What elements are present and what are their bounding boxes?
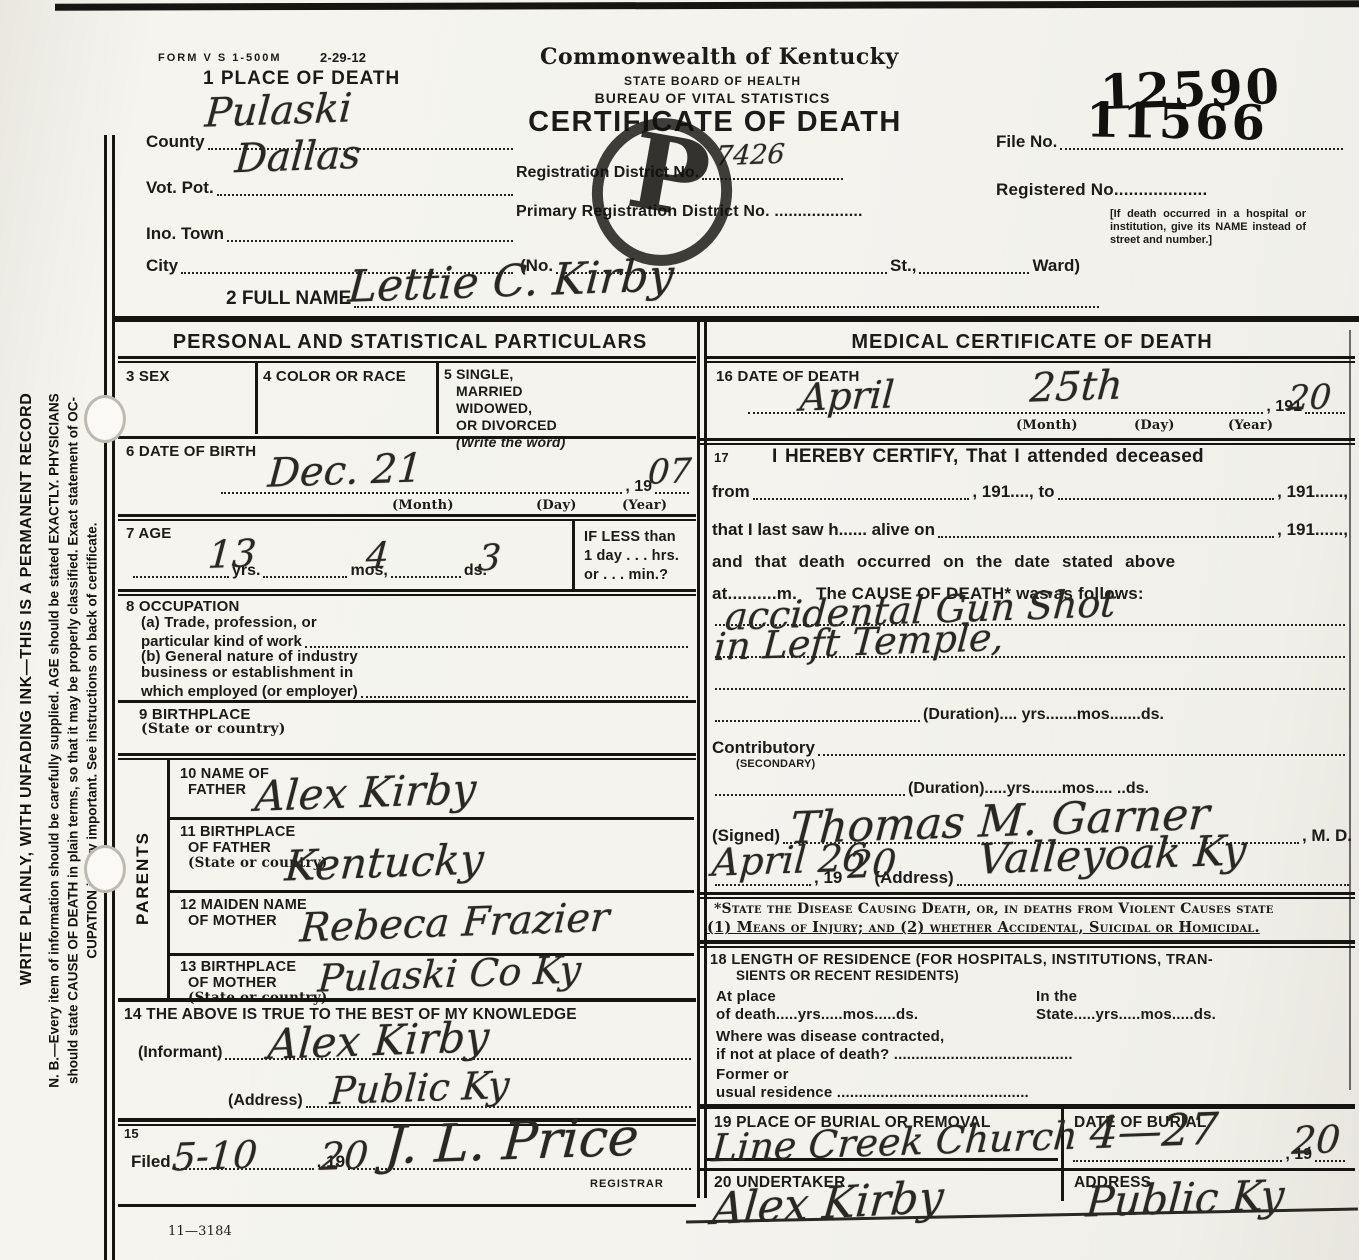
voting-precinct-field[interactable] <box>217 191 513 196</box>
age-label: 7 AGE <box>126 525 171 542</box>
in-the-label: In the <box>1036 988 1077 1005</box>
father-bp-value: Kentucky <box>283 834 485 890</box>
father-bp-label1: 11 BIRTHPLACE <box>180 824 295 840</box>
left-column-bottom-rule <box>118 1204 696 1207</box>
parents-bottom-rule <box>118 998 696 1002</box>
p-stamp-letter: P <box>620 108 718 243</box>
marital-line: MARRIED <box>444 383 566 400</box>
file-no-label: File No. <box>996 132 1057 152</box>
occupation-b1: (b) General nature of industry <box>141 648 358 665</box>
signed-bottom-rule-a <box>700 892 1355 895</box>
attended-from-field[interactable] <box>753 495 970 500</box>
md-label: , M. D. <box>1302 826 1352 846</box>
color-marital-divider <box>436 362 439 434</box>
death-certificate-scan: WRITE PLAINLY, WITH UNFADING INK—THIS IS… <box>0 0 1359 1260</box>
contributory-field[interactable] <box>818 751 1345 756</box>
mother-bp-label2: OF MOTHER <box>188 975 277 991</box>
birthplace-sublabel: (State or country) <box>141 721 286 737</box>
personal-title-rule-a <box>118 356 696 359</box>
at-place-label: At place <box>716 988 776 1005</box>
left-border-outer <box>104 135 107 1260</box>
hole-punch-bottom <box>84 845 126 893</box>
birthplace-bottom-rule-b <box>118 758 696 760</box>
dob-day-sublabel: (Day) <box>536 498 577 513</box>
sex-label: 3 SEX <box>126 368 170 385</box>
ifless-line: IF LESS than <box>584 528 679 547</box>
footnote-bottom-rule-b <box>700 946 1355 948</box>
commonwealth-title: Commonwealth of Kentucky <box>540 44 885 70</box>
former-residence-line2: usual residence ........................… <box>716 1084 1029 1101</box>
mother-bp-value: Pulaski Co Ky <box>317 947 583 1000</box>
dob-month-sublabel: (Month) <box>392 498 454 513</box>
county-label: County <box>146 132 205 152</box>
violent-cause-footnote2: (1) Means of Injury; and (2) whether Acc… <box>707 919 1260 936</box>
contracted-line1: Where was disease contracted, <box>716 1028 944 1045</box>
occupation-b2: business or establishment in <box>141 664 353 681</box>
ifless-block: IF LESS than 1 day . . . hrs. or . . . m… <box>584 528 679 585</box>
county-value: Pulaski <box>203 85 353 136</box>
dod-day-sublabel: (Day) <box>1134 418 1175 433</box>
dob-label: 6 DATE OF BIRTH <box>126 443 256 460</box>
residence-label-line1: 18 LENGTH OF RESIDENCE (FOR HOSPITALS, I… <box>710 952 1213 968</box>
residence-label-line2: SIENTS OR RECENT RESIDENTS) <box>736 968 959 983</box>
dob-value: Dec. 21 <box>266 445 424 497</box>
secondary-label: (SECONDARY) <box>736 758 815 770</box>
occupation-b3: which employed (or employer) <box>141 683 358 700</box>
last-saw-field[interactable] <box>938 533 1274 538</box>
signed-year-value: 20 <box>846 841 897 887</box>
hospital-note: [If death occurred in a hospital or inst… <box>1110 208 1306 247</box>
filed-year-value: 20 <box>318 1133 369 1179</box>
fullname-label: 2 FULL NAME <box>226 288 351 310</box>
informant-value: Alex Kirby <box>266 1012 490 1069</box>
left-border-inner <box>112 135 115 1260</box>
physician-address-value: Valleyoak Ky <box>976 825 1248 884</box>
ward-field[interactable] <box>919 269 1029 274</box>
of-death-line: of death.....yrs.....mos.....ds. <box>716 1006 918 1023</box>
color-race-label: 4 COLOR OR RACE <box>263 368 406 385</box>
file-no-stamp-bottom: 11566 <box>1086 92 1269 151</box>
personal-title-rule-b <box>118 361 696 363</box>
marital-line: 5 SINGLE, <box>444 366 566 383</box>
mother-name-value: Rebeca Frazier <box>298 895 610 952</box>
hole-punch-top <box>84 395 126 443</box>
inc-town-field[interactable] <box>227 237 513 242</box>
attended-to-field[interactable] <box>1058 495 1275 500</box>
dod-year-value: 20 <box>1287 377 1333 419</box>
violent-cause-footnote1: *State the Disease Causing Death, or, in… <box>714 901 1274 917</box>
form-code: FORM V S 1-500M <box>158 52 282 64</box>
duration1-tokens: (Duration).... yrs.......mos.......ds. <box>923 706 1164 724</box>
inc-town-label: Ino. Town <box>146 224 224 244</box>
age-years-value: 13 <box>206 531 257 577</box>
ifless-line: 1 day . . . hrs. <box>584 547 679 566</box>
occupation-b3-line: which employed (or employer) <box>141 680 691 700</box>
saw-year-token: , 191......, <box>1277 520 1348 540</box>
cause-of-death-line2: in Left Temple, <box>713 615 1006 669</box>
state-line: State.....yrs.....mos.....ds. <box>1036 1006 1216 1023</box>
from-year-token: , 191...., to <box>972 482 1054 502</box>
occupation-label: 8 OCCUPATION <box>126 598 240 615</box>
father-name-value: Alex Kirby <box>253 764 477 821</box>
occupation-b-field[interactable] <box>361 693 688 698</box>
dod-bottom-rule-a <box>700 438 1355 441</box>
duration1-field[interactable] <box>715 717 920 722</box>
column-divider-right <box>704 322 707 1198</box>
dod-month-value: April <box>798 372 895 419</box>
bureau-line: BUREAU OF VITAL STATISTICS <box>540 90 885 106</box>
informant-address-label: (Address) <box>228 1092 303 1110</box>
undertaker-address-value: Public Ky <box>1084 1170 1286 1226</box>
certify-line: I HEREBY CERTIFY, That I attended deceas… <box>772 446 1204 468</box>
to-year-token: , 191......, <box>1277 482 1348 502</box>
ifless-cell-divider <box>572 519 575 589</box>
margin-note-line: CUPATION is very important. See instruct… <box>83 236 102 1246</box>
occupation-a2-line: particular kind of work <box>141 630 691 650</box>
dob-year-sublabel: (Year) <box>622 498 667 513</box>
parents-vertical-label: PARENTS <box>133 818 153 938</box>
from-token: from <box>712 482 750 502</box>
duration-line1: (Duration).... yrs.......mos.......ds. <box>712 702 1348 724</box>
attended-from-line: from , 191...., to , 191......, <box>712 480 1348 502</box>
filed-date-value: 5-10 <box>170 1132 258 1179</box>
main-horizontal-rule <box>112 316 1359 322</box>
marital-line: WIDOWED, <box>444 400 566 417</box>
age-months-field[interactable] <box>263 573 347 578</box>
dob-year-value: 07 <box>647 451 693 493</box>
signed-date-value: April 26 <box>711 835 869 885</box>
form-number: 11—3184 <box>168 1224 232 1239</box>
dod-month-sublabel: (Month) <box>1016 418 1078 433</box>
cause-dotted-line3 <box>712 682 1348 692</box>
age-months-value: 4 <box>365 536 391 578</box>
state-board-line: STATE BOARD OF HEALTH <box>540 74 885 88</box>
age-bottom-rule-b <box>118 594 696 596</box>
parents-inner-border <box>167 758 170 998</box>
father-bp-cell-rule <box>167 890 694 893</box>
item17-number: 17 <box>714 450 729 465</box>
medical-section-title: MEDICAL CERTIFICATE OF DEATH <box>712 331 1352 354</box>
informant-address-value: Public Ky <box>329 1063 511 1113</box>
contracted-line2: if not at place of death? ..............… <box>716 1046 1073 1063</box>
father-bp-label2: OF FATHER <box>188 840 271 856</box>
burial-date-value: 4—27 <box>1088 1104 1219 1160</box>
birthplace-bottom-rule-a <box>118 753 696 756</box>
column-divider-left <box>697 322 700 1198</box>
undertaker-value: Alex Kirby <box>710 1172 946 1235</box>
item15-number: 15 <box>124 1126 139 1141</box>
last-saw-token: that I last saw h...... alive on <box>712 520 935 540</box>
voting-precinct-label: Vot. Pot. <box>146 178 214 198</box>
voting-precinct-value: Dallas <box>233 132 362 183</box>
dob-bottom-rule-a <box>118 514 696 517</box>
margin-warning-text: WRITE PLAINLY, WITH UNFADING INK—THIS IS… <box>18 164 36 1214</box>
top-scan-bar <box>55 0 1359 10</box>
burial-year-value: 20 <box>1290 1117 1341 1163</box>
margin-note-line: N. B.—Every item of information should b… <box>45 236 64 1246</box>
ifless-line: or . . . min.? <box>584 566 679 585</box>
occupation-a1: (a) Trade, profession, or <box>141 614 317 631</box>
duration2-field[interactable] <box>715 791 905 796</box>
dod-bottom-rule-b <box>700 443 1355 445</box>
mother-name-label2: OF MOTHER <box>188 913 277 929</box>
last-saw-line: that I last saw h...... alive on , 191..… <box>712 518 1348 540</box>
personal-section-title: PERSONAL AND STATISTICAL PARTICULARS <box>130 331 690 354</box>
occupation-bottom-rule <box>118 700 696 703</box>
footnote-bottom-rule-a <box>700 940 1355 944</box>
occupation-a-field[interactable] <box>305 643 688 648</box>
mother-name-label1: 12 MAIDEN NAME <box>180 897 307 913</box>
margin-note-block: N. B.—Every item of information should b… <box>45 236 102 1246</box>
city-label: City <box>146 256 178 276</box>
medical-title-rule-a <box>707 356 1355 359</box>
registered-no-line: Registered No................... <box>996 180 1207 200</box>
death-occurred-line: and that death occurred on the date stat… <box>712 552 1175 572</box>
registrar-signature: J. L. Price <box>383 1107 641 1176</box>
ward-token: Ward) <box>1032 256 1080 276</box>
cause-field3[interactable] <box>715 685 1345 690</box>
sex-color-divider <box>255 362 258 434</box>
row1-bottom-rule <box>118 436 696 439</box>
inc-town-line: Ino. Town <box>146 220 516 244</box>
contributory-line: Contributory <box>712 736 1348 758</box>
age-days-value: 3 <box>477 538 503 580</box>
residence-bottom-rule <box>700 1104 1355 1109</box>
mother-bp-label1: 13 BIRTHPLACE <box>180 959 296 975</box>
contributory-label: Contributory <box>712 738 815 758</box>
marital-line: OR DIVORCED <box>444 417 566 434</box>
former-residence-line1: Former or <box>716 1066 789 1083</box>
form-revision-date: 2-29-12 <box>320 50 366 65</box>
margin-note-line: should state CAUSE OF DEATH in plain ter… <box>64 236 83 1246</box>
signed-bottom-rule-b <box>700 897 1355 899</box>
dod-day-value: 25th <box>1028 362 1124 411</box>
age-days-field[interactable] <box>391 573 461 578</box>
dod-year-sublabel: (Year) <box>1228 418 1273 433</box>
medical-title-rule-b <box>707 361 1355 363</box>
dob-bottom-rule-b <box>118 519 696 521</box>
st-token: St., <box>890 256 916 276</box>
registrar-label: REGISTRAR <box>590 1178 664 1190</box>
age-bottom-rule-a <box>118 589 696 592</box>
father-cell-rule <box>167 817 694 820</box>
informant-label: (Informant) <box>138 1044 222 1062</box>
filed-label: Filed <box>131 1152 171 1172</box>
father-name-label2: FATHER <box>188 782 246 798</box>
